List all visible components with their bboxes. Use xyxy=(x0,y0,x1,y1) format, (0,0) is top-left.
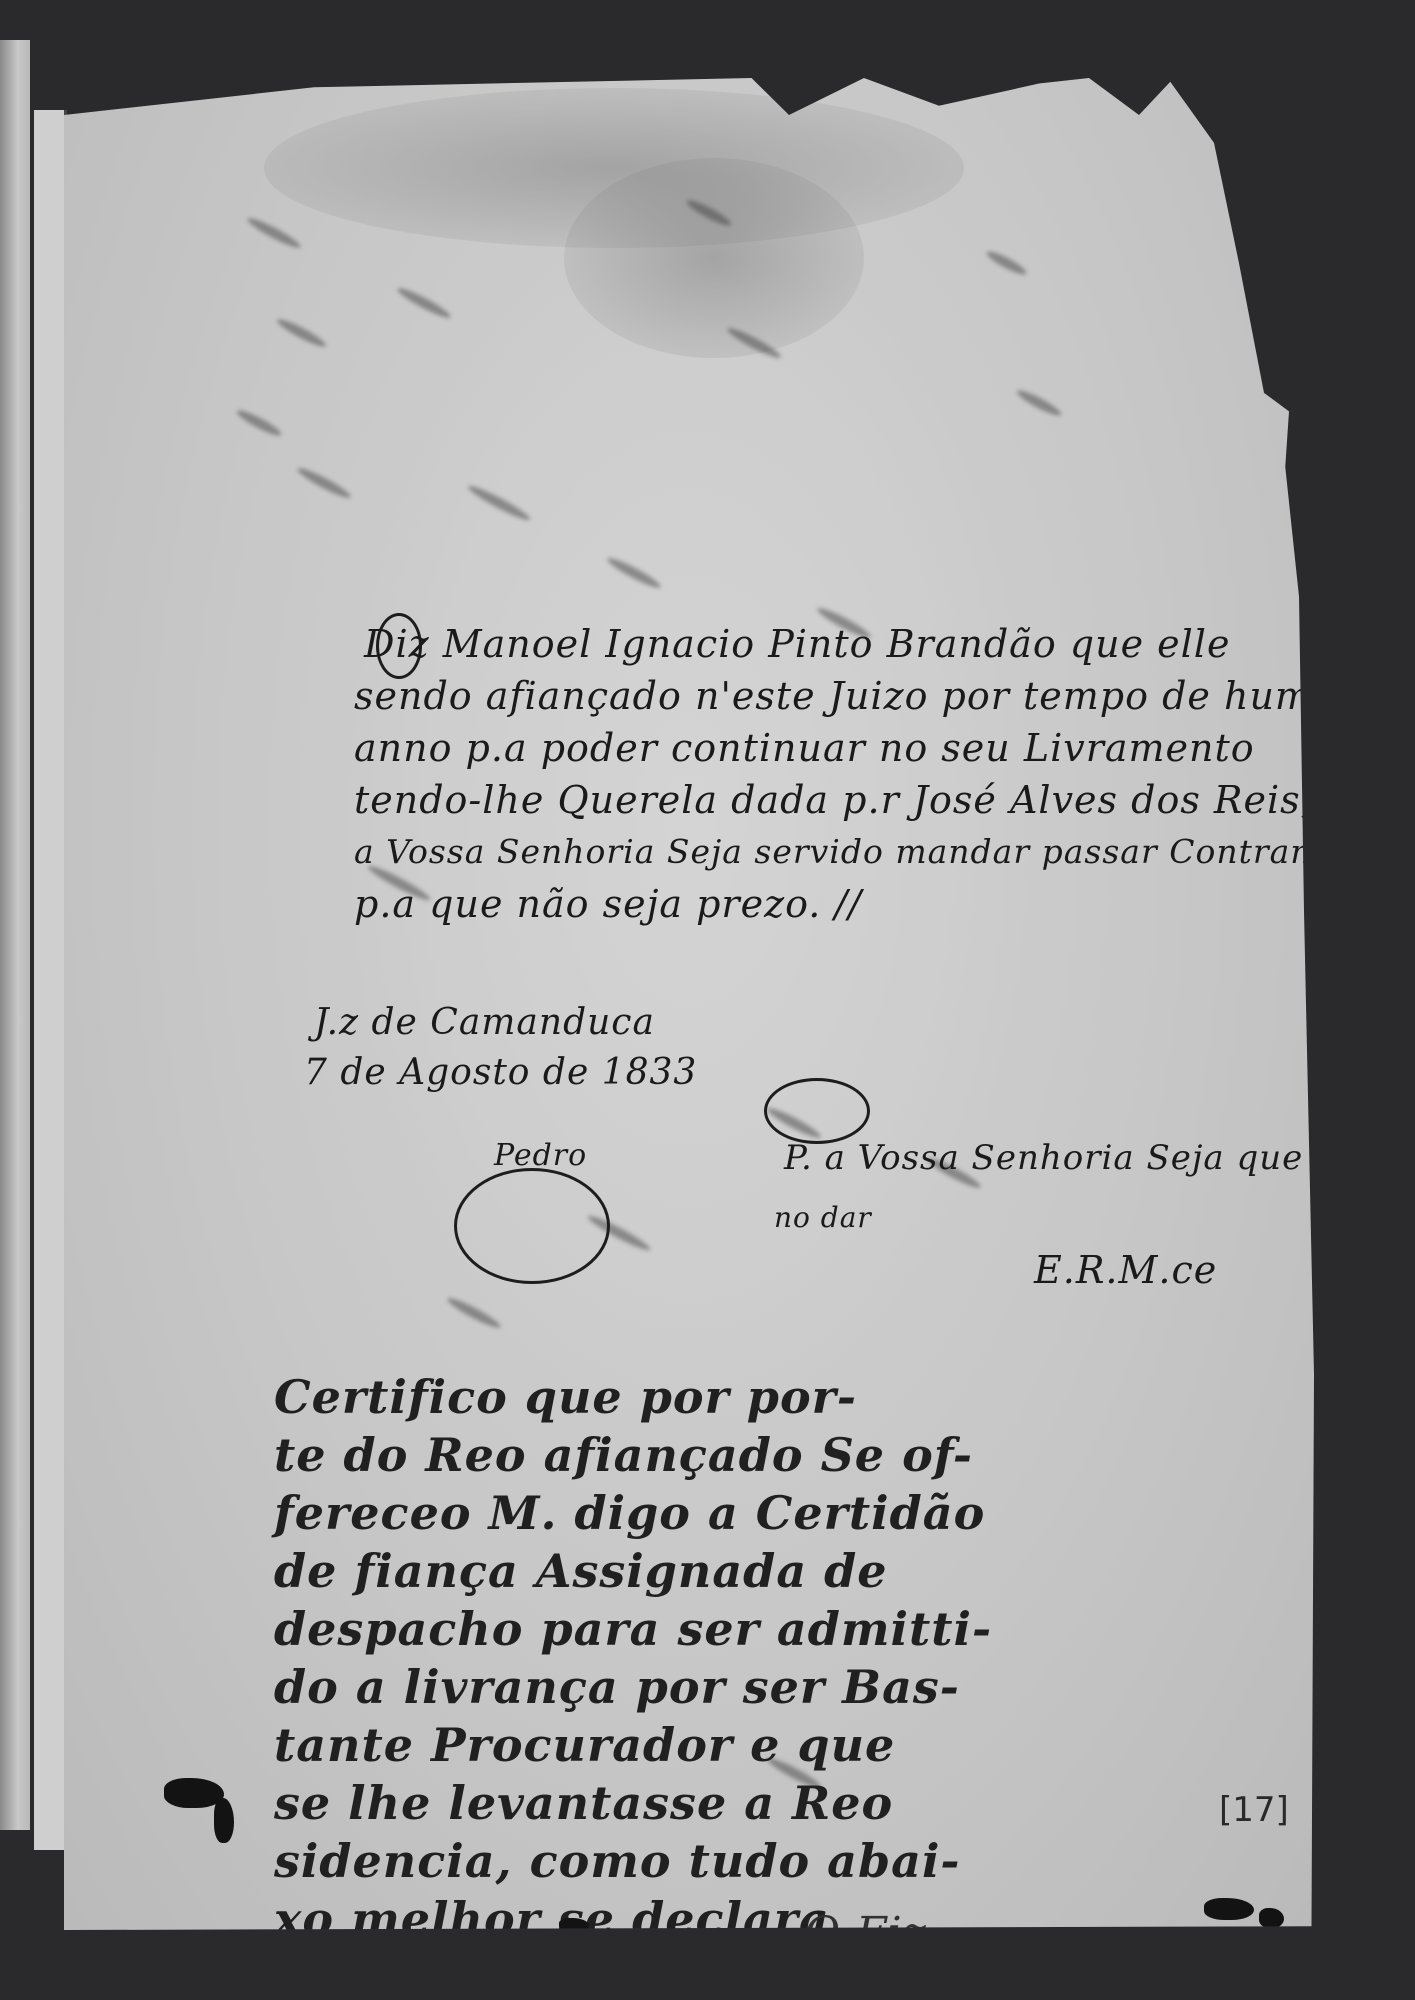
bleed-through-mark xyxy=(295,465,353,502)
request-signature: E.R.M.ce xyxy=(1034,1248,1217,1292)
bleed-through-mark xyxy=(1015,387,1064,419)
certification-line: Certifico que por por- xyxy=(274,1368,992,1426)
folio-number: [17] xyxy=(1219,1790,1289,1830)
bleed-through-mark xyxy=(275,316,328,351)
petition-line: anno p.a poder continuar no seu Livramen… xyxy=(354,722,1415,774)
bleed-through-mark xyxy=(445,1295,503,1332)
certification-line: se lhe levantasse a Reo xyxy=(274,1774,992,1832)
certification-line: de fiança Assignada de xyxy=(274,1542,992,1600)
certification-line: sidencia, como tudo abai- xyxy=(274,1832,992,1890)
request-line: P. a Vossa Senhoria Seja que admi o xyxy=(784,1128,1415,1188)
bleed-through-mark xyxy=(235,407,284,439)
previous-page-edge xyxy=(0,40,30,1830)
dispatch-date: 7 de Agosto de 1833 xyxy=(304,1048,697,1098)
dispatch-location: J.z de Camanduca xyxy=(314,998,697,1048)
bleed-through-mark xyxy=(245,215,303,252)
certification-signature: O Fiz xyxy=(804,1908,927,1959)
water-stain xyxy=(564,158,864,358)
bleed-through-mark xyxy=(395,285,453,322)
ink-blot xyxy=(214,1798,234,1843)
ink-blot xyxy=(559,1918,589,1932)
petition-line: tendo-lhe Querela dada p.r José Alves do… xyxy=(354,774,1415,826)
dispatch-block: J.z de Camanduca 7 de Agosto de 1833 xyxy=(304,998,697,1098)
certification-line: tante Procurador e que xyxy=(274,1716,992,1774)
request-block: P. a Vossa Senhoria Seja que admi o no d… xyxy=(784,1128,1415,1248)
bleed-through-mark xyxy=(605,555,663,592)
certification-line: fereceo M. digo a Certidão xyxy=(274,1484,992,1542)
certification-line: do a livrança por ser Bas- xyxy=(274,1658,992,1716)
bleed-through-mark xyxy=(984,248,1028,278)
request-line: no dar xyxy=(774,1188,1415,1248)
petition-text: Diz Manoel Ignacio Pinto Brandão que ell… xyxy=(364,618,1415,930)
binding-edge xyxy=(34,110,67,1850)
ink-blot xyxy=(1204,1898,1254,1920)
certification-line: te do Reo afiançado Se of- xyxy=(274,1426,992,1484)
petition-line: Diz Manoel Ignacio Pinto Brandão que ell… xyxy=(364,618,1415,670)
petition-line: p.a que não seja prezo. // xyxy=(354,878,1415,930)
bleed-through-mark xyxy=(466,482,533,524)
certification-line: despacho para ser admitti- xyxy=(274,1600,992,1658)
dispatch-signature: Pedro xyxy=(494,1138,587,1173)
ink-blot xyxy=(1259,1908,1284,1928)
signature-flourish xyxy=(454,1168,610,1284)
certification-text: Certifico que por por- te do Reo afiança… xyxy=(274,1368,992,1948)
petition-line: a Vossa Senhoria Seja servido mandar pas… xyxy=(354,826,1415,878)
manuscript-page: Diz Manoel Ignacio Pinto Brandão que ell… xyxy=(64,78,1314,1930)
petition-line: sendo afiançado n'este Juizo por tempo d… xyxy=(354,670,1415,722)
